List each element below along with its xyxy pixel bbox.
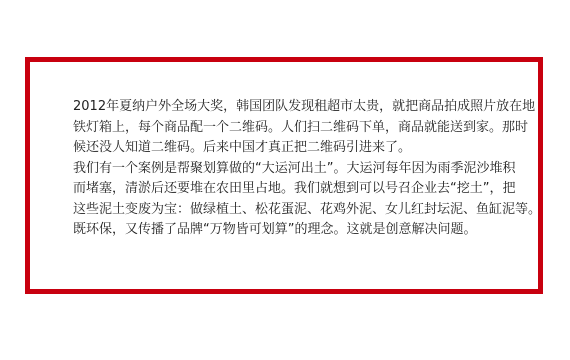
text-line: 2012年夏纳户外全场大奖，韩国团队发现租超市太贵，就把商品拍成照片放在地 — [73, 97, 513, 118]
text-line: 铁灯箱上，每个商品配一个二维码。人们扫二维码下单，商品就能送到家。那时 — [73, 118, 513, 139]
text-line: 而堵塞，清淤后还要堆在农田里占地。我们就想到可以号召企业去“挖土”，把 — [73, 179, 513, 200]
text-line: 既环保，又传播了品牌“万物皆可划算”的理念。这就是创意解决问题。 — [73, 220, 513, 241]
text-line: 候还没人知道二维码。后来中国才真正把二维码引进来了。 — [73, 138, 513, 159]
text-line: 这些泥土变废为宝：做绿植土、松花蛋泥、花鸡外泥、女儿红封坛泥、鱼缸泥等。 — [73, 200, 513, 221]
paragraph-grand-canal-story: 我们有一个案例是帮聚划算做的“大运河出土”。大运河每年因为雨季泥沙堆积 而堵塞，… — [73, 159, 513, 241]
body-text: 2012年夏纳户外全场大奖，韩国团队发现租超市太贵，就把商品拍成照片放在地 铁灯… — [73, 97, 513, 241]
paragraph-qr-code-story: 2012年夏纳户外全场大奖，韩国团队发现租超市太贵，就把商品拍成照片放在地 铁灯… — [73, 97, 513, 159]
text-line: 我们有一个案例是帮聚划算做的“大运河出土”。大运河每年因为雨季泥沙堆积 — [73, 159, 513, 180]
